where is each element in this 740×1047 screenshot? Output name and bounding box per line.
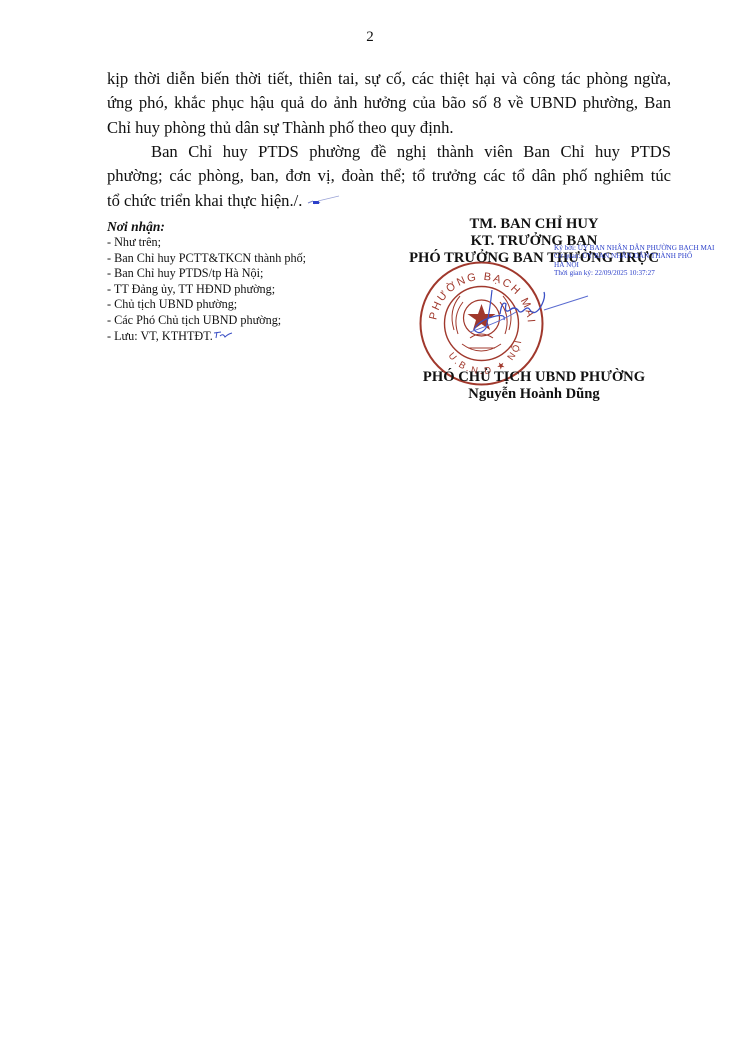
signature-heading-line-1: TM. BAN CHỈ HUY (374, 216, 694, 233)
digital-signature-agency: Cơ quan: ỦY BAN NHÂN DÂN THÀNH PHỐ (554, 252, 704, 260)
body-line: Ban Chỉ huy PTDS phường đề nghị thành vi… (107, 140, 671, 164)
body-line: ứng phó, khắc phục hậu quả do ảnh hưởng … (107, 91, 671, 115)
body-line: kịp thời diễn biến thời tiết, thiên tai,… (107, 67, 671, 91)
recipient-item: - Các Phó Chủ tịch UBND phường; (107, 313, 377, 329)
recipients-title: Nơi nhận: (107, 218, 377, 235)
recipient-item: - Ban Chỉ huy PCTT&TKCN thành phố; (107, 251, 377, 267)
body-line: phường; các phòng, ban, đơn vị, đoàn thể… (107, 164, 671, 188)
recipient-item: - Như trên; (107, 235, 377, 251)
initial-mark-icon (306, 190, 340, 214)
body-line: Chỉ huy phòng thủ dân sự Thành phố theo … (107, 116, 671, 140)
body-paragraph-2: Ban Chỉ huy PTDS phường đề nghị thành vi… (107, 140, 671, 214)
page-number: 2 (0, 29, 740, 46)
handwritten-signature-icon (440, 270, 590, 340)
closing-text: tổ chức triển khai thực hiện./. (107, 191, 302, 210)
recipients-block: Nơi nhận: - Như trên; - Ban Chỉ huy PCTT… (107, 218, 377, 345)
digital-signature-agency-cont: HÀ NỘI (554, 261, 704, 269)
body-paragraph-1: kịp thời diễn biến thời tiết, thiên tai,… (107, 67, 671, 140)
recipients-list: - Như trên; - Ban Chỉ huy PCTT&TKCN thàn… (107, 235, 377, 345)
recipient-item: - Ban Chỉ huy PTDS/tp Hà Nội; (107, 266, 377, 282)
signer-position: PHÓ CHỦ TỊCH UBND PHƯỜNG (374, 369, 694, 386)
recipient-item: - Chủ tịch UBND phường; (107, 297, 377, 313)
signer-name: Nguyễn Hoành Dũng (374, 386, 694, 403)
initial-mark-icon (213, 329, 233, 345)
recipient-item: - TT Đảng ủy, TT HĐND phường; (107, 282, 377, 298)
body-line-last: tổ chức triển khai thực hiện./. (107, 189, 671, 214)
recipient-item-last: - Lưu: VT, KTHTĐT. (107, 329, 377, 345)
recipient-item-text: - Lưu: VT, KTHTĐT. (107, 329, 213, 343)
